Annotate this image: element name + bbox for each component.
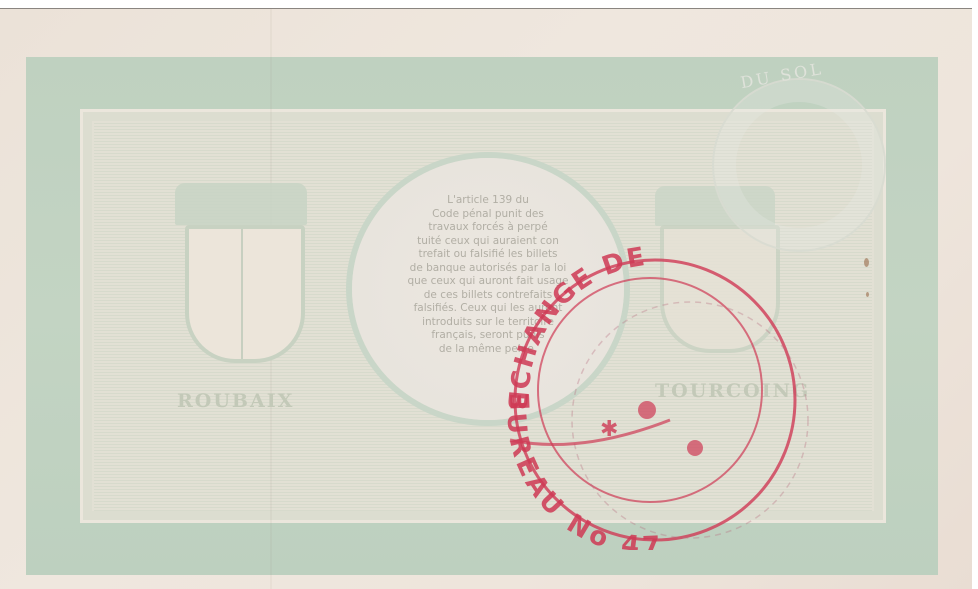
city-label-roubaix: ROUBAIX xyxy=(177,390,294,412)
embossed-seal xyxy=(712,78,886,252)
crown-icon-left xyxy=(175,183,307,225)
stain xyxy=(864,258,869,267)
warning-line: L'article 139 du xyxy=(362,194,614,208)
stain xyxy=(866,292,869,297)
svg-text:ECHANGE DE: ECHANGE DE xyxy=(506,242,649,411)
stamp-top-text: ECHANGE DE xyxy=(506,242,649,411)
warning-line: travaux forcés à perpé xyxy=(362,221,614,235)
warning-line: Code pénal punit des xyxy=(362,208,614,222)
coat-of-arms-roubaix xyxy=(185,225,305,363)
exchange-stamp: ECHANGE DE BUREAU No 47 ✱ xyxy=(490,240,820,550)
shield-divider xyxy=(241,229,243,359)
